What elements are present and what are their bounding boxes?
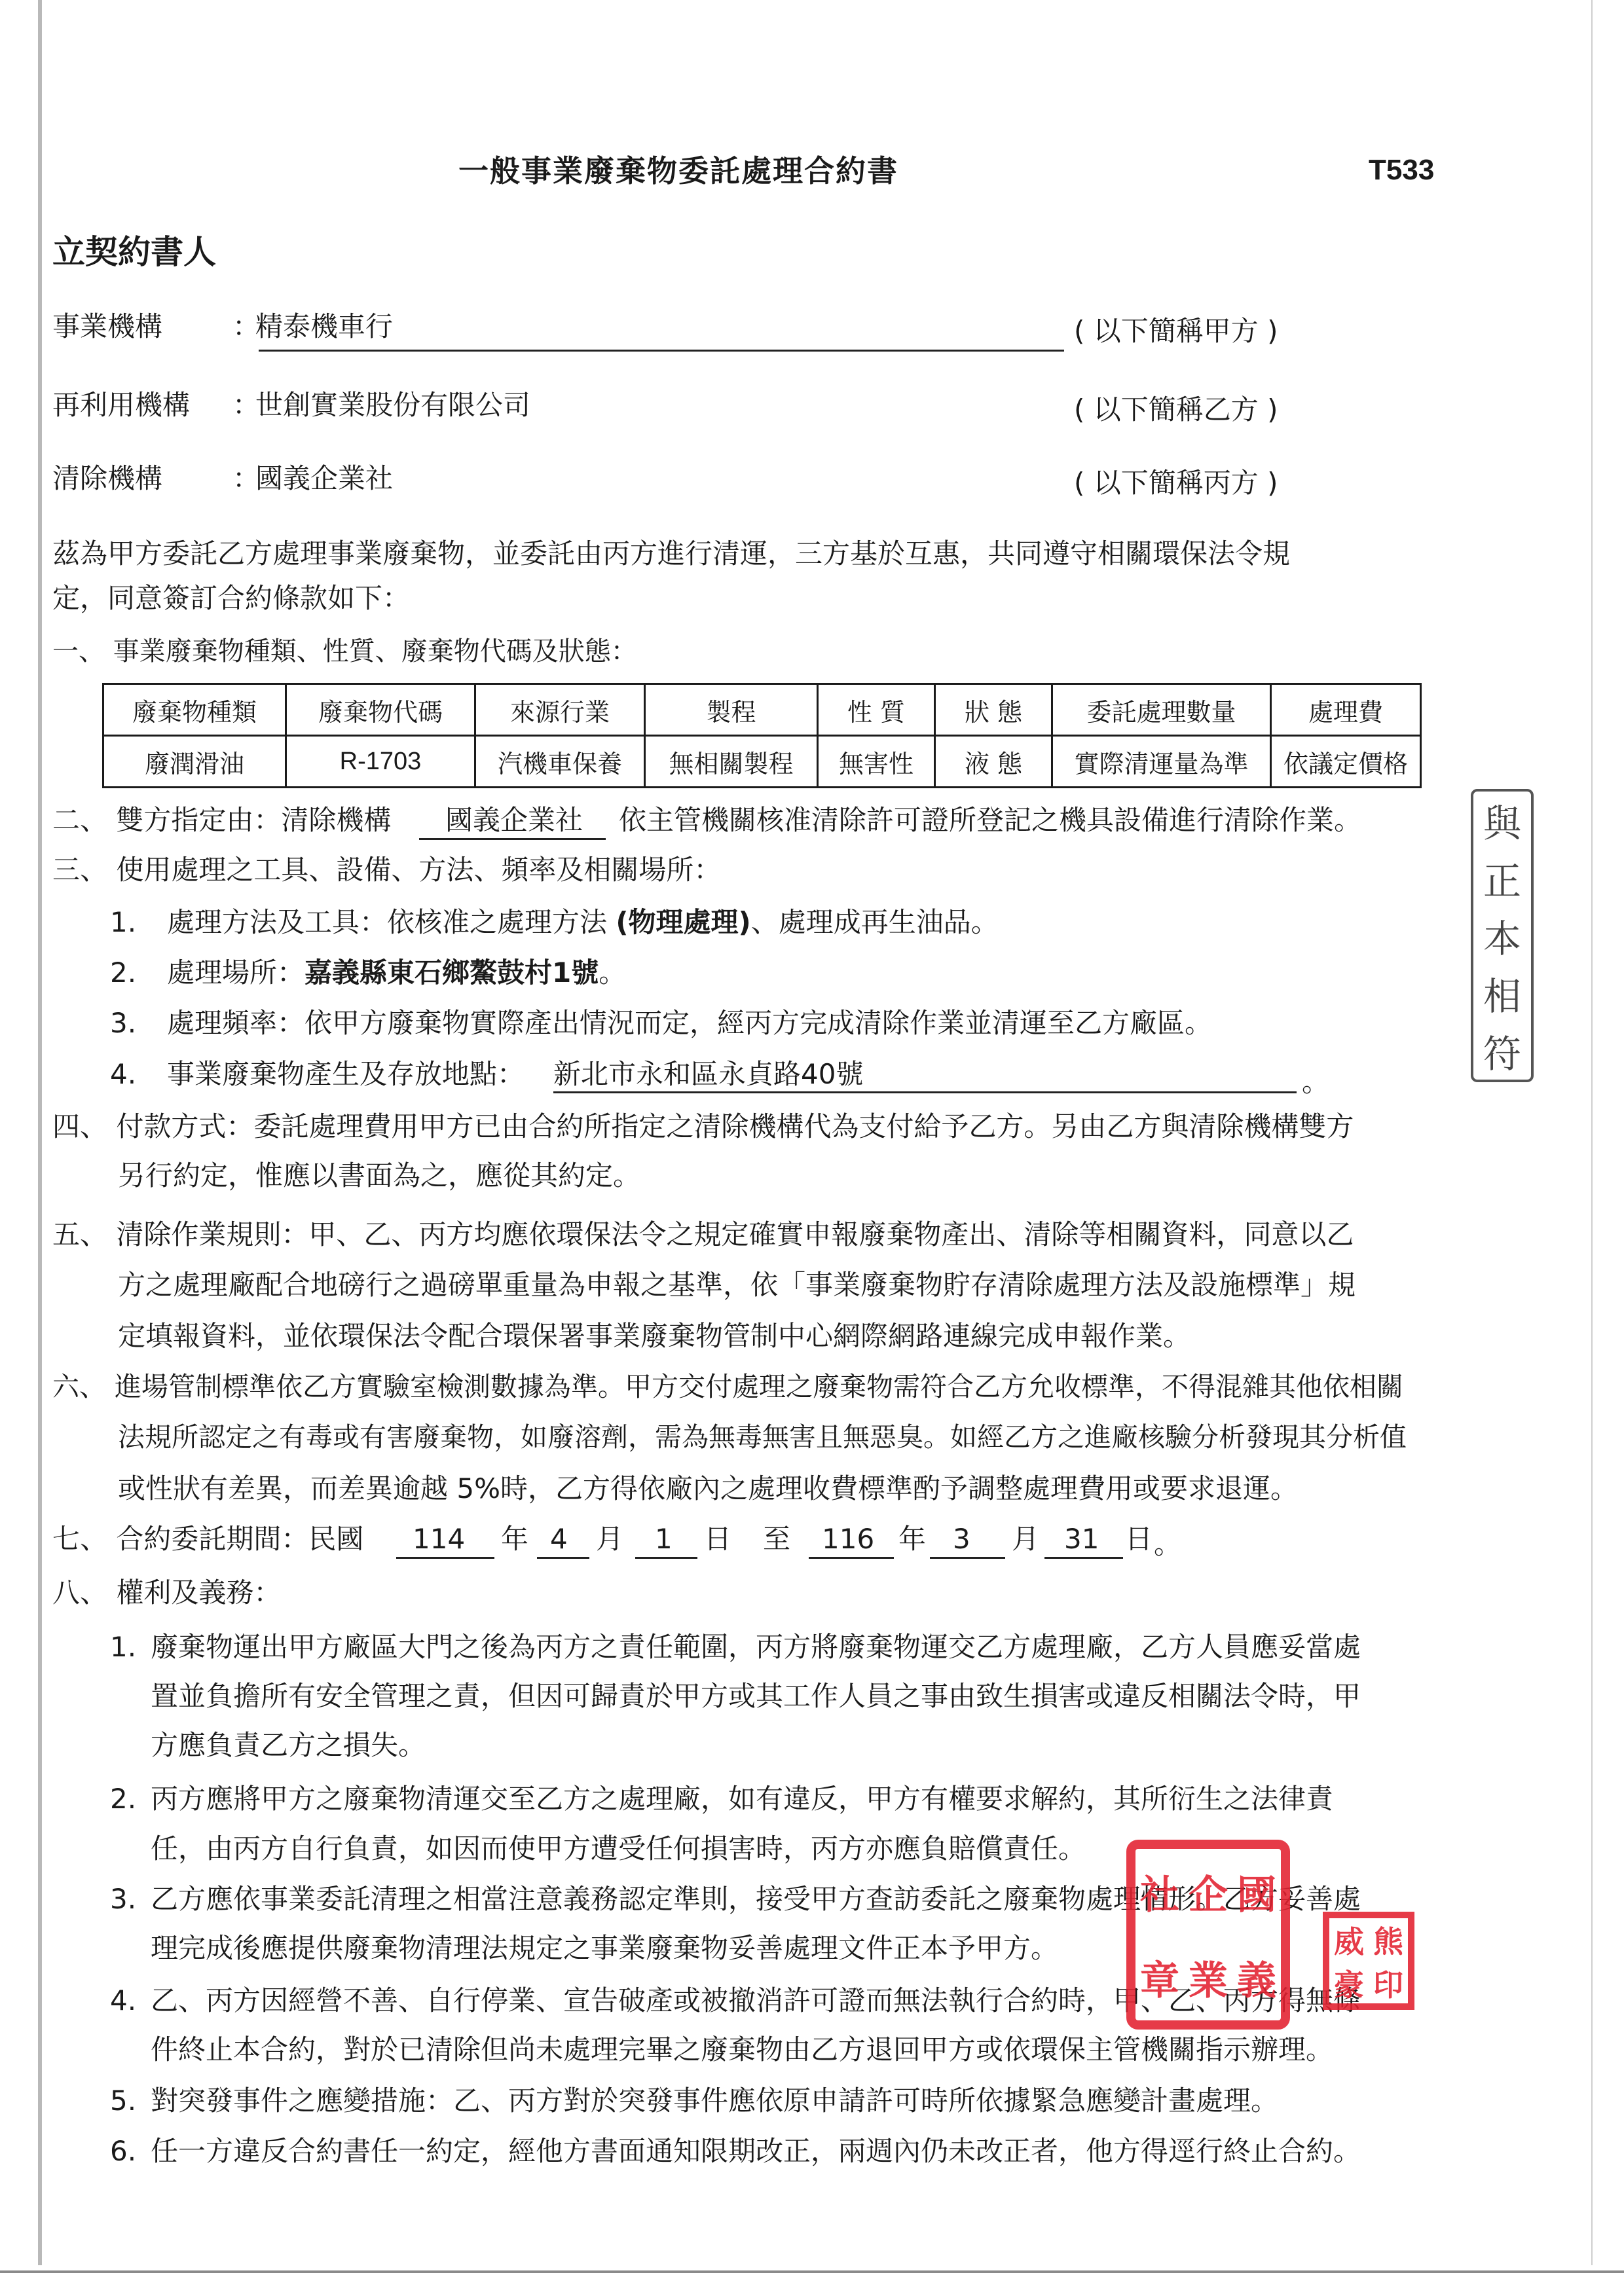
start-month-underline [537, 1557, 589, 1559]
item-number: 6. [110, 2138, 136, 2165]
section-4-line-2: 另行約定，惟應以書面為之，應從其約定。 [118, 1162, 640, 1190]
stamp-char: 正 [1483, 850, 1521, 905]
item-line: 對突發事件之應變措施：乙、丙方對於突發事件應依原申請許可時所依據緊急應變計畫處理… [151, 2087, 1278, 2115]
party-label: 再利用機構 [52, 392, 190, 419]
waste-table: 廢棄物種類 廢棄物代碼 來源行業 製程 性 質 狀 態 委託處理數量 處理費 廢… [102, 683, 1422, 788]
year-label: 年 [898, 1525, 926, 1553]
header-cell: 委託處理數量 [1052, 684, 1271, 736]
header-cell: 廢棄物代碼 [286, 684, 475, 736]
cell-state: 液 態 [935, 736, 1052, 788]
address-underline [553, 1091, 1297, 1093]
day-label: 日 [1125, 1525, 1153, 1553]
item-number: 4. [110, 1061, 136, 1088]
seal-char: 業 [1189, 1950, 1228, 2006]
start-month: 4 [550, 1525, 568, 1553]
header-cell: 處理費 [1271, 684, 1421, 736]
item-number: 1. [110, 909, 136, 936]
party-alias: ( 以下簡稱丙方 ) [1074, 469, 1278, 497]
item-line: 方應負責乙方之損失。 [151, 1732, 426, 1759]
party-alias: ( 以下簡稱乙方 ) [1074, 396, 1278, 424]
seal-char: 企 [1189, 1864, 1228, 1920]
document-code: T533 [1369, 154, 1434, 187]
cell-source-industry: 汽機車保養 [475, 736, 645, 788]
item-text: 處理場所：嘉義縣東石鄉鰲鼓村1號。 [167, 959, 626, 987]
item-bold: (物理處理) [616, 906, 750, 938]
to-label: 至 [763, 1525, 790, 1553]
scan-edge-right [1591, 0, 1593, 2265]
item-line: 任一方違反合約書任一約定，經他方書面通知限期改正，兩週內仍未改正者，他方得逕行終… [151, 2138, 1361, 2165]
party-alias: ( 以下簡稱甲方 ) [1074, 318, 1278, 345]
item-number: 1. [110, 1633, 136, 1661]
stamp-char: 與 [1483, 793, 1521, 848]
item-text-b: 、處理成再生油品。 [751, 906, 999, 938]
item-line: 件終止本合約，對於已清除但尚未處理完畢之廢棄物由乙方退回甲方或依環保主管機關指示… [151, 2036, 1333, 2064]
waste-table-row: 廢潤滑油 R-1703 汽機車保養 無相關製程 無害性 液 態 實際清運量為準 … [103, 736, 1421, 788]
seal-char: 威 [1334, 1918, 1364, 1961]
stamp-char: 本 [1483, 908, 1521, 963]
personal-seal: 威 熊 豪 印 [1323, 1912, 1414, 2010]
item-line: 置並負擔所有安全管理之責，但因可歸責於甲方或其工作人員之事由致生損害或違反相關法… [151, 1683, 1361, 1710]
month-label: 月 [596, 1525, 623, 1553]
header-cell: 廢棄物種類 [103, 684, 286, 736]
item-text-b: 。 [599, 957, 626, 989]
header-cell: 狀 態 [935, 684, 1052, 736]
start-year: 114 [413, 1525, 465, 1553]
section-5-line-1: 五、 清除作業規則：甲、乙、丙方均應依環保法令之規定確實申報廢棄物產出、清除等相… [52, 1221, 1354, 1248]
item-text: 處理方法及工具：依核准之處理方法 (物理處理)、處理成再生油品。 [167, 909, 999, 936]
year-label: 年 [501, 1525, 528, 1553]
party-value: 國義企業社 [255, 465, 393, 492]
start-year-underline [396, 1557, 494, 1559]
item-line: 理完成後應提供廢棄物清理法規定之事業廢棄物妥善處理文件正本予甲方。 [151, 1935, 1058, 1962]
section-5-line-2: 方之處理廠配合地磅行之過磅單重量為申報之基準，依「事業廢棄物貯存清除處理方法及設… [118, 1271, 1356, 1299]
section-1-title: 一、 事業廢棄物種類、性質、廢棄物代碼及狀態： [52, 638, 637, 665]
seal-char: 熊 [1373, 1918, 1403, 1961]
section-2-prefix: 二、 雙方指定由：清除機構 [52, 807, 391, 834]
item-number: 3. [110, 1886, 136, 1913]
section-5-line-3: 定填報資料，並依環保法令配合環保署事業廢棄物管制中心網際網路連線完成申報作業。 [118, 1322, 1190, 1350]
party-value: 世創實業股份有限公司 [255, 392, 530, 419]
item-text-a: 處理場所： [167, 957, 304, 989]
item-number: 2. [110, 959, 136, 987]
item-line: 廢棄物運出甲方廠區大門之後為丙方之責任範圍，丙方將廢棄物運交乙方處理廠，乙方人員… [151, 1633, 1361, 1661]
scan-edge-left [38, 0, 42, 2265]
cell-process: 無相關製程 [645, 736, 818, 788]
end-day: 31 [1064, 1525, 1099, 1553]
party-value: 精泰機車行 [255, 313, 393, 340]
end-year-underline [809, 1557, 894, 1559]
waste-table-header: 廢棄物種類 廢棄物代碼 來源行業 製程 性 質 狀 態 委託處理數量 處理費 [103, 684, 1421, 736]
scan-edge-bottom [0, 2270, 1624, 2273]
seal-char: 章 [1140, 1950, 1179, 2006]
section-6-line-2: 法規所認定之有毒或有害廢棄物，如廢溶劑，需為無毒無害且無惡臭。如經乙方之進廠核驗… [118, 1424, 1407, 1451]
item-text-a: 處理方法及工具：依核准之處理方法 [167, 906, 616, 938]
section-6-line-3: 或性狀有差異，而差異逾越 5%時，乙方得依廠內之處理收費標準酌予調整處理費用或要… [118, 1475, 1298, 1503]
party-label: 清除機構 [52, 465, 162, 492]
seal-char: 豪 [1334, 1961, 1364, 2005]
stamp-char: 相 [1483, 966, 1521, 1021]
section-4-line-1: 四、 付款方式：委託處理費用甲方已由合約所指定之清除機構代為支付給予乙方。另由乙… [52, 1113, 1354, 1140]
cell-quantity: 實際清運量為準 [1052, 736, 1271, 788]
storage-address: 新北市永和區永貞路40號 [553, 1061, 863, 1088]
parties-heading: 立契約書人 [52, 226, 216, 273]
company-seal: 社 企 國 章 業 義 [1126, 1840, 1290, 2030]
item-number: 4. [110, 1987, 136, 2014]
cell-waste-code: R-1703 [286, 736, 475, 788]
item-bold: 嘉義縣東石鄉鰲鼓村1號 [304, 957, 599, 989]
start-day-underline [635, 1557, 697, 1559]
preamble-line-2: 定，同意簽訂合約條款如下： [52, 585, 410, 612]
preamble-line-1: 茲為甲方委託乙方處理事業廢棄物，並委託由丙方進行清運，三方基於互惠，共同遵守相關… [52, 540, 1290, 568]
end-year: 116 [822, 1525, 874, 1553]
seal-char: 國 [1237, 1864, 1276, 1920]
item-text: 處理頻率：依甲方廢棄物實際產出情況而定，經丙方完成清除作業並清運至乙方廠區。 [167, 1010, 1212, 1037]
item-number: 2. [110, 1785, 136, 1813]
section-7-prefix: 七、 合約委託期間：民國 [52, 1525, 363, 1553]
section-2-suffix: 依主管機關核准清除許可證所登記之機具設備進行清除作業。 [619, 807, 1361, 834]
document-title: 一般事業廢棄物委託處理合約書 [458, 147, 898, 191]
seal-char: 社 [1140, 1864, 1179, 1920]
header-cell: 性 質 [818, 684, 935, 736]
cell-property: 無害性 [818, 736, 935, 788]
header-cell: 來源行業 [475, 684, 645, 736]
end-month: 3 [953, 1525, 970, 1553]
party-value-underline [259, 350, 1064, 352]
day-label: 日 [704, 1525, 731, 1553]
cell-waste-type: 廢潤滑油 [103, 736, 286, 788]
item-line: 丙方應將甲方之廢棄物清運交至乙方之處理廠，如有違反，甲方有權要求解約，其所衍生之… [151, 1785, 1333, 1813]
start-day: 1 [655, 1525, 673, 1553]
end-day-underline [1044, 1557, 1123, 1559]
cell-fee: 依議定價格 [1271, 736, 1421, 788]
party-label: 事業機構 [52, 313, 162, 340]
item-text: 事業廢棄物產生及存放地點： [167, 1061, 525, 1088]
stamp-char: 符 [1483, 1023, 1521, 1078]
agency-underline [419, 838, 606, 840]
item-number: 3. [110, 1010, 136, 1037]
section-2-agency: 國義企業社 [445, 807, 583, 834]
item-number: 5. [110, 2087, 136, 2115]
end-month-underline [930, 1557, 1005, 1559]
header-cell: 製程 [645, 684, 818, 736]
month-label: 月 [1012, 1525, 1039, 1553]
certified-true-copy-stamp: 與 正 本 相 符 [1471, 789, 1534, 1082]
seal-char: 義 [1237, 1950, 1276, 2006]
end-mark: 。 [1154, 1531, 1181, 1558]
item-line: 任，由丙方自行負責，如因而使甲方遭受任何損害時，丙方亦應負賠償責任。 [151, 1835, 1086, 1863]
section-3-title: 三、 使用處理之工具、設備、方法、頻率及相關場所： [52, 856, 721, 884]
section-8-title: 八、 權利及義務： [52, 1579, 281, 1607]
seal-char: 印 [1373, 1961, 1403, 2005]
section-6-line-1: 六、 進場管制標準依乙方實驗室檢測數據為準。甲方交付處理之廢棄物需符合乙方允收標… [52, 1374, 1403, 1400]
item-end-mark: 。 [1302, 1068, 1329, 1096]
